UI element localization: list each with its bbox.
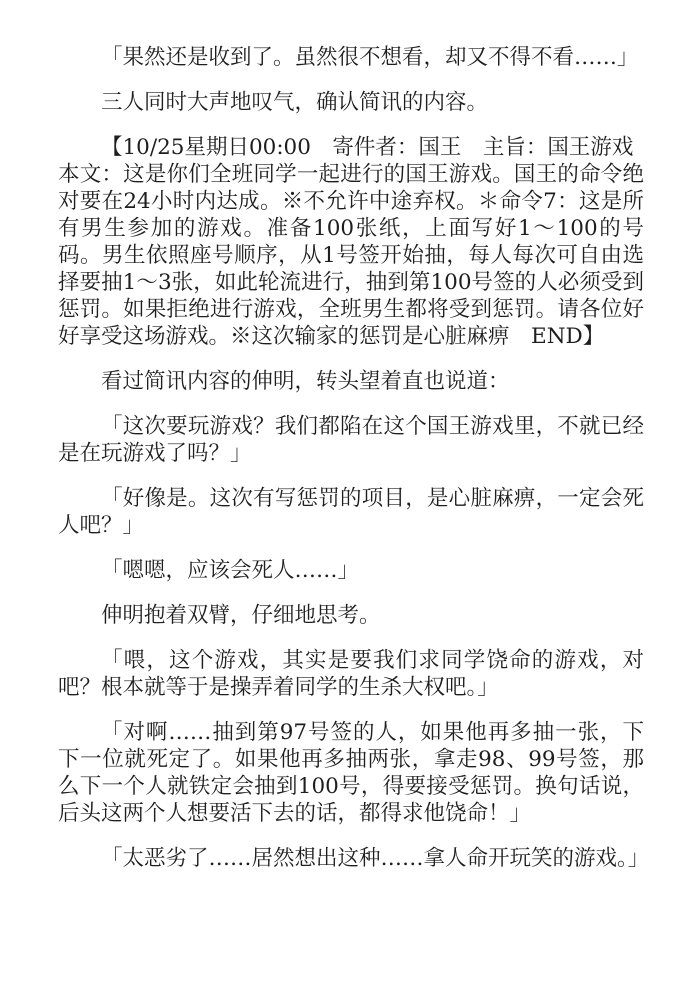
paragraph-dialogue: 「嗯嗯，应该会死人……」 bbox=[58, 557, 644, 584]
paragraph-dialogue: 「对啊……抽到第97号签的人，如果他再多抽一张，下下一位就死定了。如果他再多抽两… bbox=[58, 719, 644, 827]
paragraph-dialogue: 「太恶劣了……居然想出这种……拿人命开玩笑的游戏。」 bbox=[58, 845, 644, 872]
book-page: 「果然还是收到了。虽然很不想看，却又不得不看……」 三人同时大声地叹气，确认简讯… bbox=[0, 0, 700, 992]
paragraph-dialogue: 「喂，这个游戏，其实是要我们求同学饶命的游戏，对吧？根本就等于是操弄着同学的生杀… bbox=[58, 647, 644, 701]
paragraph-dialogue: 「这次要玩游戏？我们都陷在这个国王游戏里，不就已经是在玩游戏了吗？」 bbox=[58, 413, 644, 467]
paragraph-narration: 看过简讯内容的伸明，转头望着直也说道： bbox=[58, 368, 644, 395]
sms-message-body: 本文：这是你们全班同学一起进行的国王游戏。国王的命令绝对要在24小时内达成。※不… bbox=[58, 162, 644, 349]
paragraph-narration: 伸明抱着双臂，仔细地思考。 bbox=[58, 602, 644, 629]
paragraph-dialogue: 「果然还是收到了。虽然很不想看，却又不得不看……」 bbox=[58, 44, 644, 71]
sms-message-header: 【10/25星期日00:00 寄件者：国王 主旨：国王游戏 bbox=[101, 135, 633, 160]
paragraph-dialogue: 「好像是。这次有写惩罚的项目，是心脏麻痹，一定会死人吧？」 bbox=[58, 485, 644, 539]
paragraph-narration: 三人同时大声地叹气，确认简讯的内容。 bbox=[58, 89, 644, 116]
sms-message: 【10/25星期日00:00 寄件者：国王 主旨：国王游戏本文：这是你们全班同学… bbox=[58, 134, 644, 350]
